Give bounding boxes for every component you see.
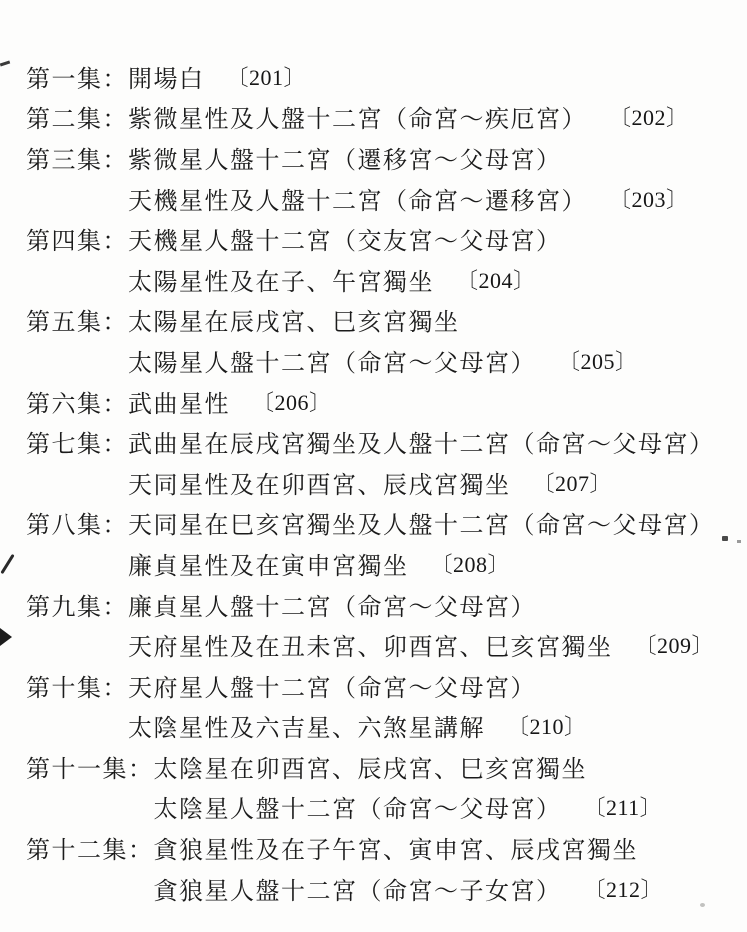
toc-line: 天機星性及人盤十二宮（命宮～遷移宮） 〔203〕 (26, 178, 743, 219)
toc-line: 廉貞星性及在寅申宮獨坐 〔208〕 (26, 543, 743, 584)
toc-line: 第五集 ： 太陽星在辰戌宮、巳亥宮獨坐 (26, 300, 743, 341)
episode-title: 天同星在巳亥宮獨坐及人盤十二宮（命宮～父母宮） (128, 505, 715, 540)
episode-label: 第九集 (26, 587, 103, 622)
toc-line: 天府星性及在丑未宮、卯酉宮、巳亥宮獨坐 〔209〕 (26, 624, 743, 665)
episode-label: 第十一集 (26, 749, 128, 784)
tape-number: 〔203〕 (609, 183, 689, 214)
episode-title: 太陽星性及在子、午宮獨坐 (128, 262, 434, 297)
tape-number: 〔208〕 (431, 548, 511, 579)
episode-title: 太陰星人盤十二宮（命宮～父母宮） (154, 789, 562, 824)
episode-label: 第十二集 (26, 830, 128, 865)
tape-number: 〔212〕 (584, 873, 664, 904)
episode-title: 天府星人盤十二宮（命宮～父母宮） (128, 668, 536, 703)
toc-line: 太陽星人盤十二宮（命宮～父母宮） 〔205〕 (26, 340, 743, 381)
scan-artifact-diagonal-stroke (0, 554, 14, 574)
episode-title: 太陰星在卯酉宮、辰戌宮、巳亥宮獨坐 (154, 749, 588, 784)
toc-line: 第八集 ： 天同星在巳亥宮獨坐及人盤十二宮（命宮～父母宮） (26, 503, 743, 544)
toc-line: 第三集 ： 紫微星人盤十二宮（遷移宮～父母宮） (26, 137, 743, 178)
colon-separator: ： (103, 221, 129, 256)
episode-title: 武曲星在辰戌宮獨坐及人盤十二宮（命宮～父母宮） (128, 424, 715, 459)
tape-number: 〔210〕 (507, 710, 587, 741)
episode-title: 廉貞星性及在寅申宮獨坐 (128, 546, 409, 581)
episode-title: 紫微星性及人盤十二宮（命宮～疾厄宮） (128, 99, 587, 134)
episode-title: 天機星性及人盤十二宮（命宮～遷移宮） (128, 181, 587, 216)
colon-separator: ： (103, 99, 129, 134)
episode-label: 第六集 (26, 384, 103, 419)
toc-line: 第十一集 ： 太陰星在卯酉宮、辰戌宮、巳亥宮獨坐 (26, 746, 743, 787)
tape-number: 〔202〕 (609, 101, 689, 132)
episode-label: 第八集 (26, 505, 103, 540)
episode-title: 天府星性及在丑未宮、卯酉宮、巳亥宮獨坐 (128, 627, 613, 662)
episode-title: 貪狼星性及在子午宮、寅申宮、辰戌宮獨坐 (154, 830, 639, 865)
tape-number: 〔211〕 (584, 791, 663, 822)
episode-title: 天同星性及在卯酉宮、辰戌宮獨坐 (128, 465, 511, 500)
tape-number: 〔206〕 (252, 386, 332, 417)
episode-title: 武曲星性 (128, 384, 230, 419)
toc-line: 第七集 ： 武曲星在辰戌宮獨坐及人盤十二宮（命宮～父母宮） (26, 421, 743, 462)
toc-line: 貪狼星人盤十二宮（命宮～子女宮） 〔212〕 (26, 868, 743, 909)
episode-label: 第十集 (26, 668, 103, 703)
episode-title: 廉貞星人盤十二宮（命宮～父母宮） (128, 587, 536, 622)
episode-title: 天機星人盤十二宮（交友宮～父母宮） (128, 221, 562, 256)
toc-line: 天同星性及在卯酉宮、辰戌宮獨坐 〔207〕 (26, 462, 743, 503)
tape-number: 〔201〕 (227, 61, 307, 92)
toc-line: 太陰星性及六吉星、六煞星講解 〔210〕 (26, 706, 743, 747)
episode-title: 太陽星人盤十二宮（命宮～父母宮） (128, 343, 536, 378)
episode-list: 第一集 ： 開場白 〔201〕 第二集 ： 紫微星性及人盤十二宮（命宮～疾厄宮）… (26, 56, 743, 908)
toc-line: 第九集 ： 廉貞星人盤十二宮（命宮～父母宮） (26, 584, 743, 625)
episode-title: 開場白 (128, 59, 205, 94)
scanned-toc-page: 第一集 ： 開場白 〔201〕 第二集 ： 紫微星性及人盤十二宮（命宮～疾厄宮）… (0, 0, 747, 932)
colon-separator: ： (103, 302, 129, 337)
scan-artifact-arrowhead (0, 628, 12, 646)
episode-label: 第四集 (26, 221, 103, 256)
tape-number: 〔207〕 (533, 467, 613, 498)
toc-line: 第四集 ： 天機星人盤十二宮（交友宮～父母宮） (26, 218, 743, 259)
episode-label: 第一集 (26, 59, 103, 94)
episode-label: 第五集 (26, 302, 103, 337)
toc-line: 第十二集 ： 貪狼星性及在子午宮、寅申宮、辰戌宮獨坐 (26, 827, 743, 868)
scan-artifact-dust-speck-1 (722, 536, 728, 541)
tape-number: 〔205〕 (558, 345, 638, 376)
scan-artifact-corner-tick (0, 61, 10, 67)
toc-line: 第六集 ： 武曲星性 〔206〕 (26, 381, 743, 422)
toc-line: 太陰星人盤十二宮（命宮～父母宮） 〔211〕 (26, 787, 743, 828)
tape-number: 〔209〕 (635, 629, 715, 660)
episode-title: 貪狼星人盤十二宮（命宮～子女宮） (154, 871, 562, 906)
toc-line: 太陽星性及在子、午宮獨坐 〔204〕 (26, 259, 743, 300)
tape-number: 〔204〕 (456, 264, 536, 295)
colon-separator: ： (103, 140, 129, 175)
episode-title: 太陽星在辰戌宮、巳亥宮獨坐 (128, 302, 460, 337)
toc-line: 第一集 ： 開場白 〔201〕 (26, 56, 743, 97)
episode-title: 紫微星人盤十二宮（遷移宮～父母宮） (128, 140, 562, 175)
episode-label: 第七集 (26, 424, 103, 459)
episode-label: 第三集 (26, 140, 103, 175)
toc-line: 第十集 ： 天府星人盤十二宮（命宮～父母宮） (26, 665, 743, 706)
episode-label: 第二集 (26, 99, 103, 134)
colon-separator: ： (103, 505, 129, 540)
scan-artifact-dust-speck-2 (700, 903, 705, 907)
toc-line: 第二集 ： 紫微星性及人盤十二宮（命宮～疾厄宮） 〔202〕 (26, 97, 743, 138)
colon-separator: ： (128, 749, 154, 784)
colon-separator: ： (103, 59, 129, 94)
colon-separator: ： (103, 668, 129, 703)
episode-title: 太陰星性及六吉星、六煞星講解 (128, 708, 485, 743)
colon-separator: ： (103, 587, 129, 622)
colon-separator: ： (103, 384, 129, 419)
colon-separator: ： (128, 830, 154, 865)
colon-separator: ： (103, 424, 129, 459)
